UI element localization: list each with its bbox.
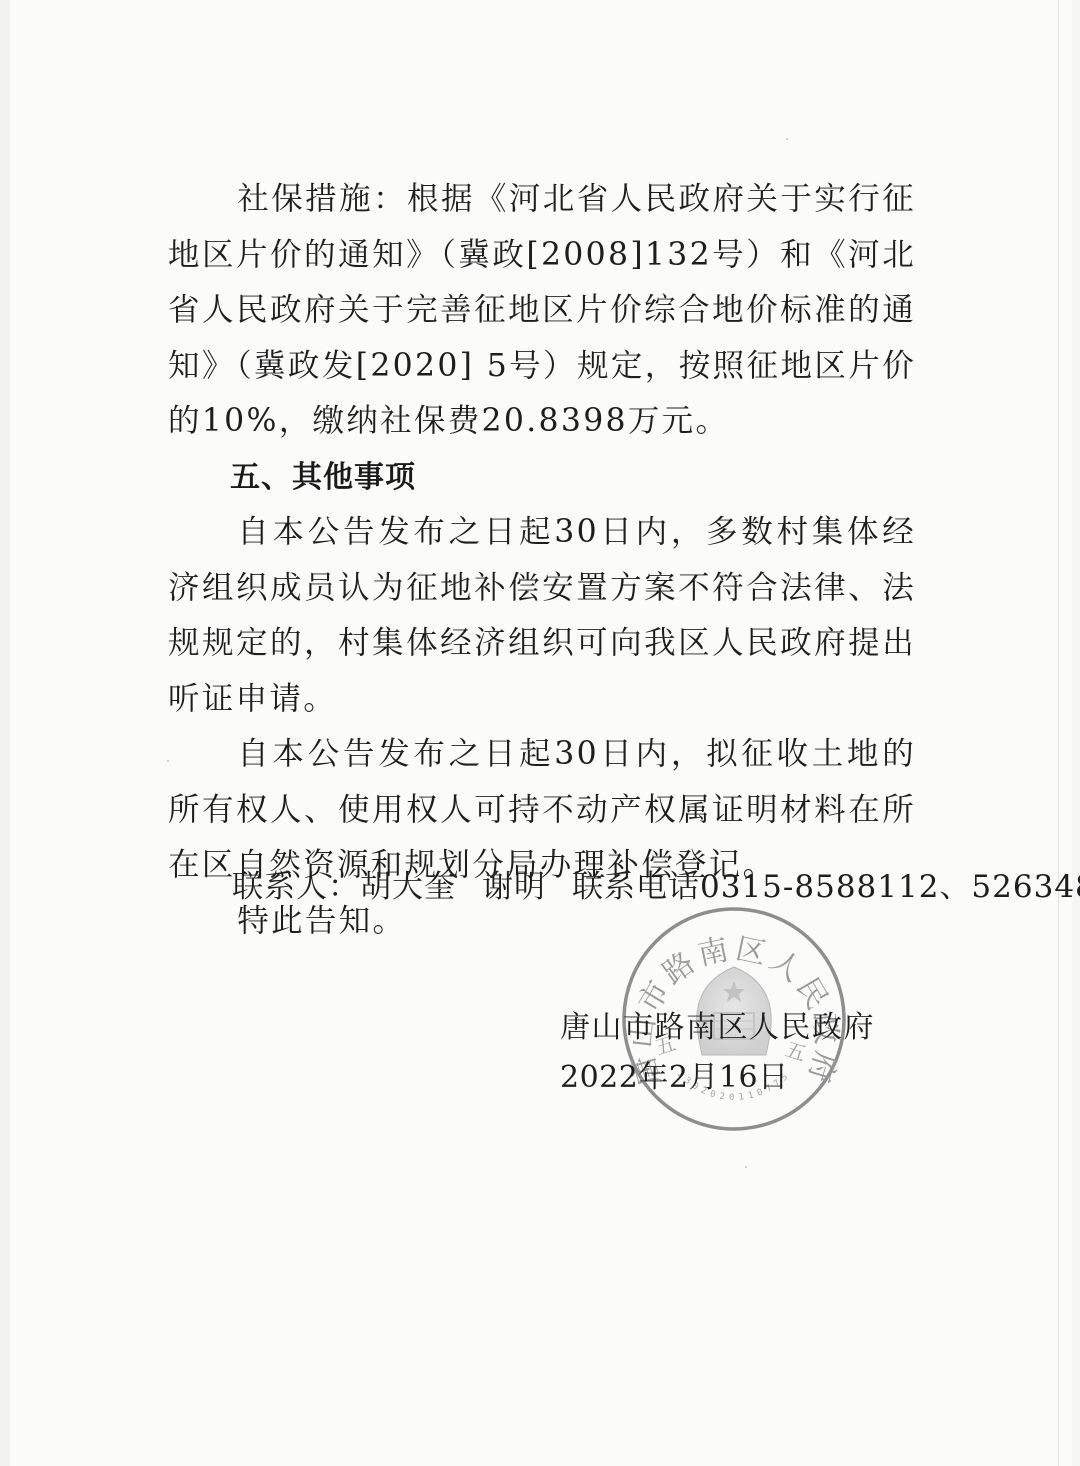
- section-heading-other-matters: 五、其他事项: [168, 450, 916, 506]
- contact-person-1: 胡大奎: [360, 869, 456, 905]
- contact-line: 联系人：胡大奎谢明联系电话0315-8588112、5263488: [232, 864, 1080, 910]
- signature-block: 唐山市路南区人民政府 2022年2月16日: [560, 1003, 860, 1103]
- document-body: 社保措施：根据《河北省人民政府关于实行征地区片价的通知》（冀政[2008]132…: [168, 172, 916, 949]
- issuing-organization: 唐山市路南区人民政府: [560, 1003, 860, 1053]
- scan-edge-right: [1072, 0, 1080, 1466]
- contact-phone-numbers: 0315-8588112、5263488: [700, 869, 1080, 905]
- paragraph-hearing-application: 自本公告发布之日起30日内，多数村集体经济组织成员认为征地补偿安置方案不符合法律…: [168, 505, 916, 727]
- scan-edge-left: [0, 0, 10, 1466]
- issue-date: 2022年2月16日: [560, 1053, 860, 1103]
- scan-speck: [745, 1166, 747, 1168]
- contact-label: 联系人：: [232, 869, 360, 905]
- contact-phone-label: 联系电话: [572, 869, 700, 905]
- paragraph-social-security-measures: 社保措施：根据《河北省人民政府关于实行征地区片价的通知》（冀政[2008]132…: [168, 172, 916, 450]
- contact-person-2: 谢明: [482, 869, 546, 905]
- scan-speck: [786, 138, 788, 140]
- scan-edge-line: [1058, 0, 1059, 1466]
